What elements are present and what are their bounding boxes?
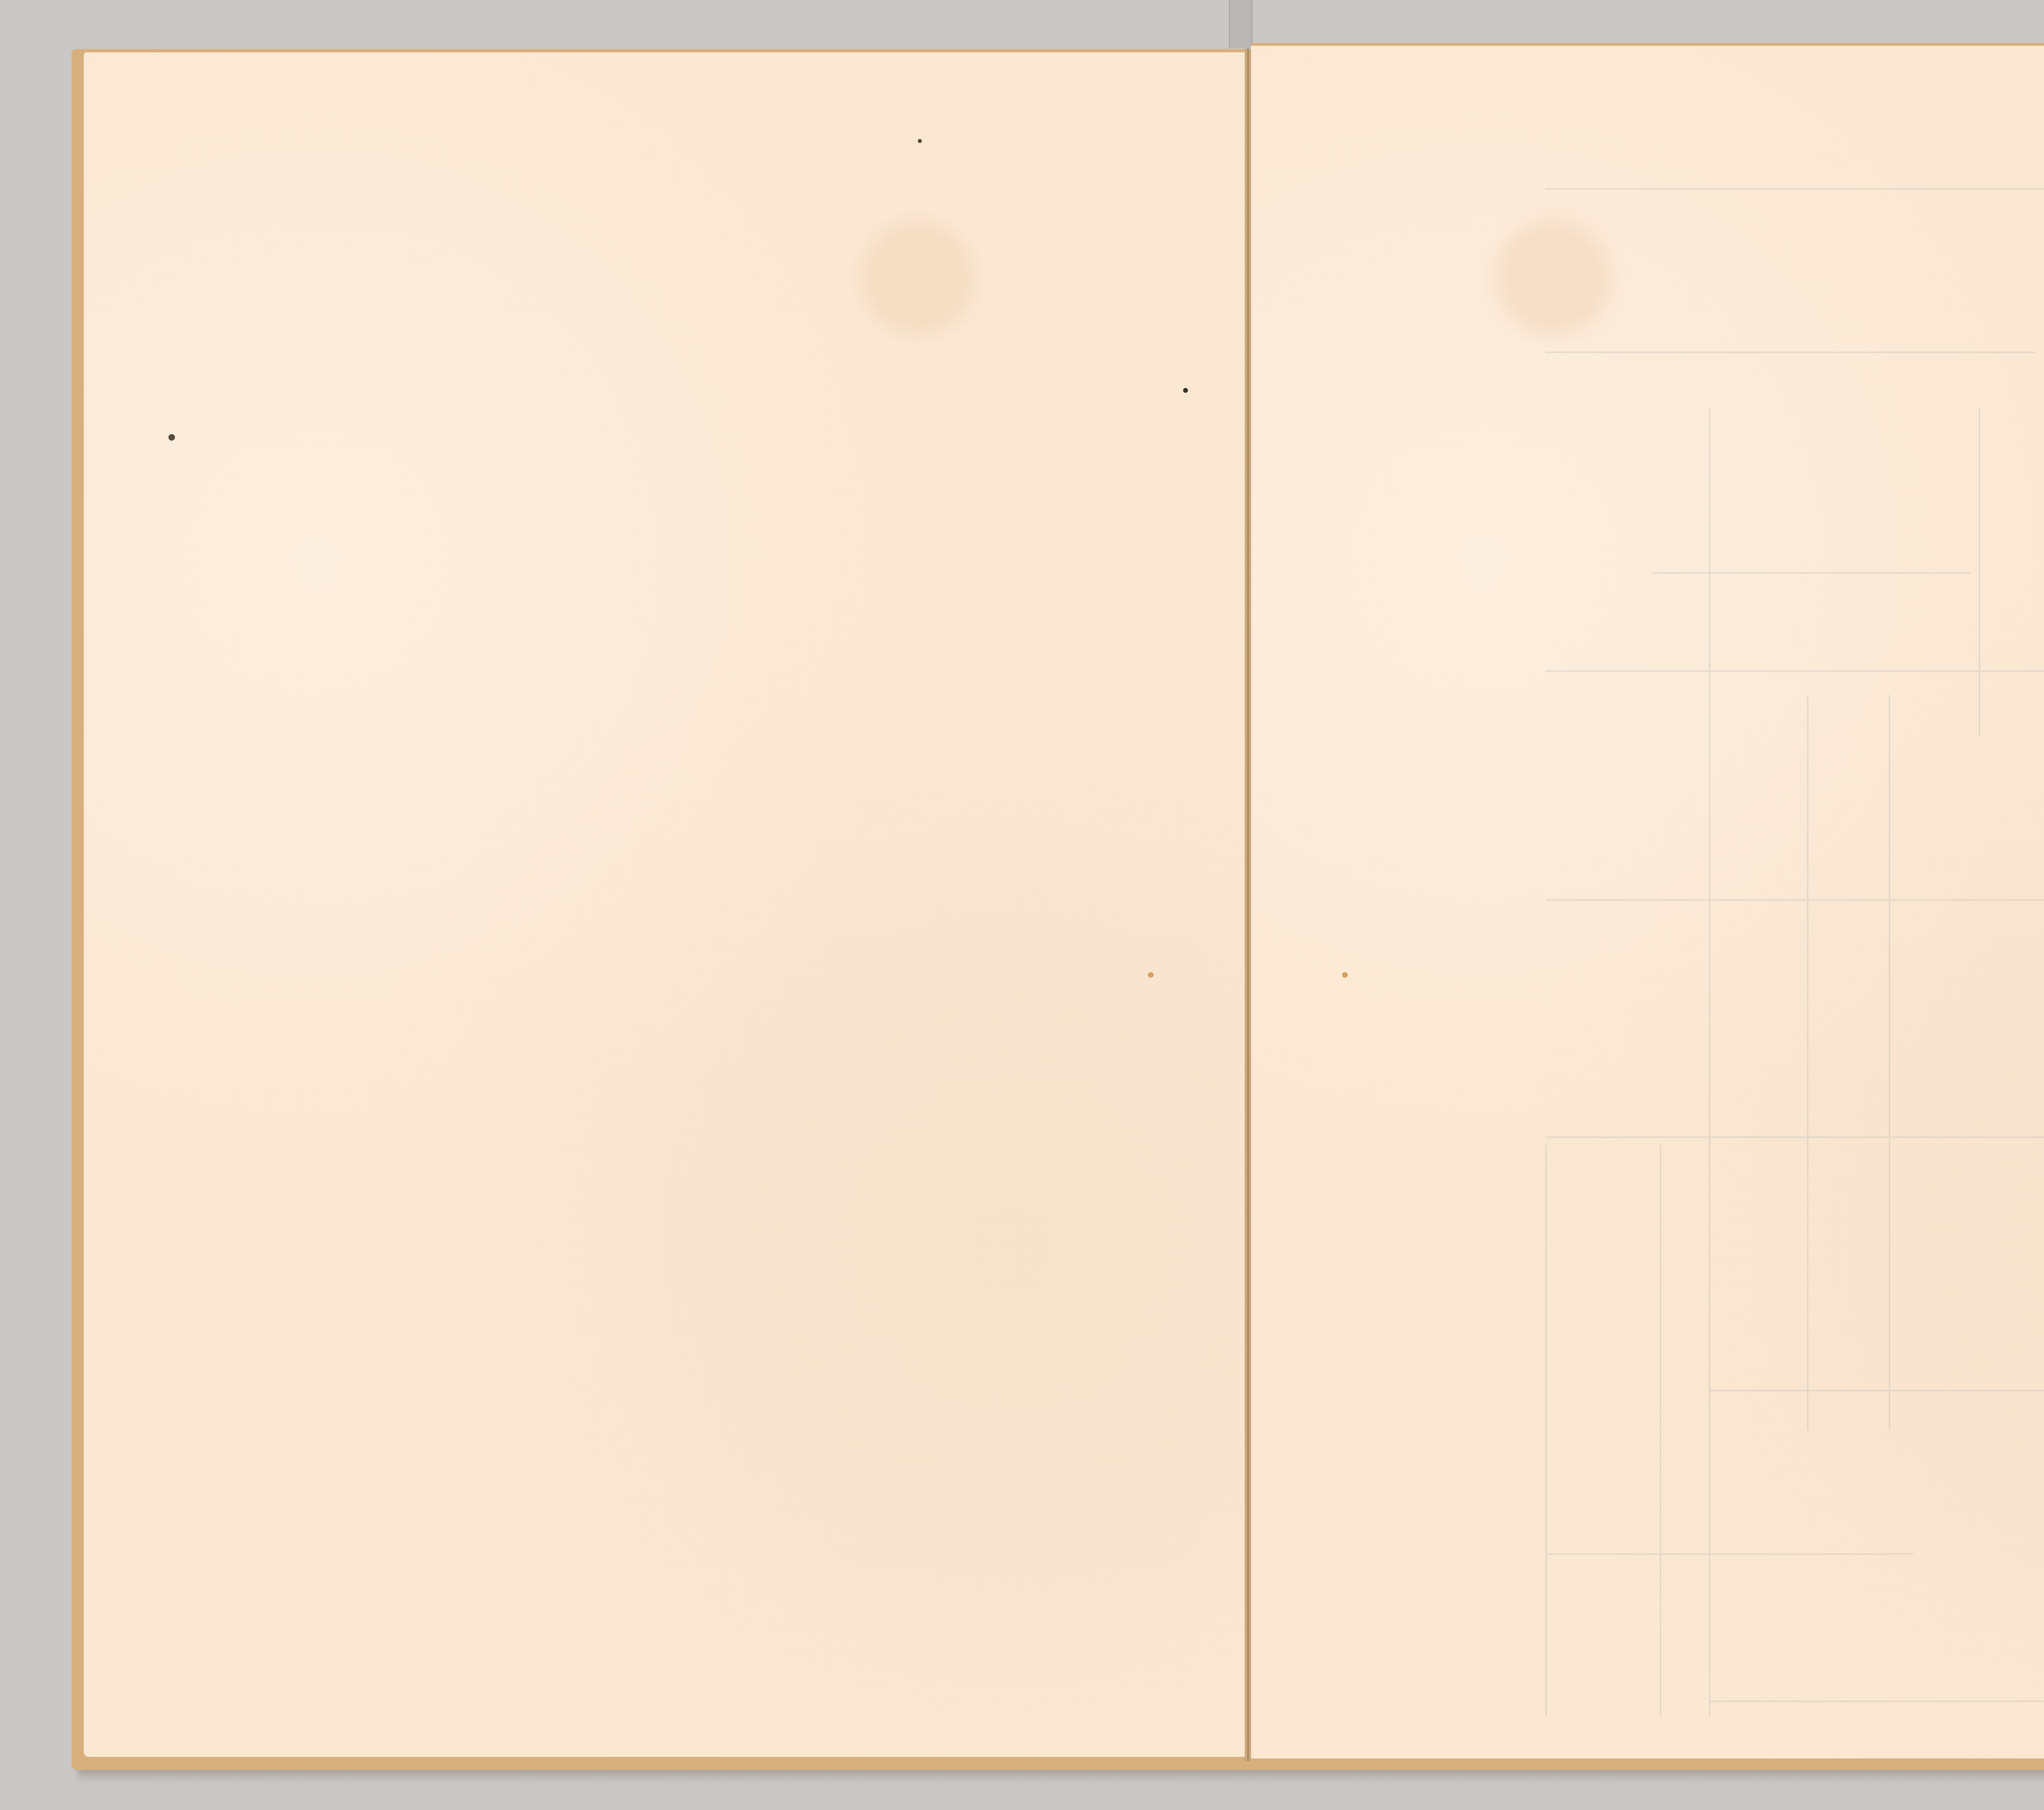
showthrough-rule: [1709, 409, 1710, 1717]
showthrough-rule: [1545, 352, 2036, 353]
paper-stain: [1496, 221, 1611, 335]
book-gutter: [1244, 48, 1253, 1761]
showthrough-rule: [1545, 1553, 1913, 1555]
showthrough-rule: [1889, 695, 1890, 1431]
showthrough-rule: [1545, 188, 2044, 190]
showthrough-rule: [1979, 409, 1980, 736]
paper-speck: [1342, 972, 1348, 978]
showthrough-rule: [1545, 1136, 2044, 1138]
showthrough-rule: [1652, 572, 1970, 574]
paper-speck: [168, 434, 175, 441]
showthrough-rule: [1807, 695, 1809, 1431]
showthrough-rule: [1545, 1145, 1547, 1717]
showthrough-rule: [1545, 899, 2044, 901]
showthrough-rule: [1709, 1390, 2044, 1391]
paper-speck: [1183, 388, 1188, 393]
paper-speck: [1148, 972, 1154, 978]
showthrough-rule: [1660, 1145, 1661, 1717]
paper-stain: [861, 221, 975, 335]
showthrough-rule: [1709, 1700, 2044, 1702]
left-page: [84, 52, 1245, 1757]
showthrough-rule: [1545, 670, 2044, 672]
paper-speck: [918, 139, 922, 143]
spine-tab: [1229, 0, 1253, 48]
showthrough-table: [1545, 164, 2044, 1717]
